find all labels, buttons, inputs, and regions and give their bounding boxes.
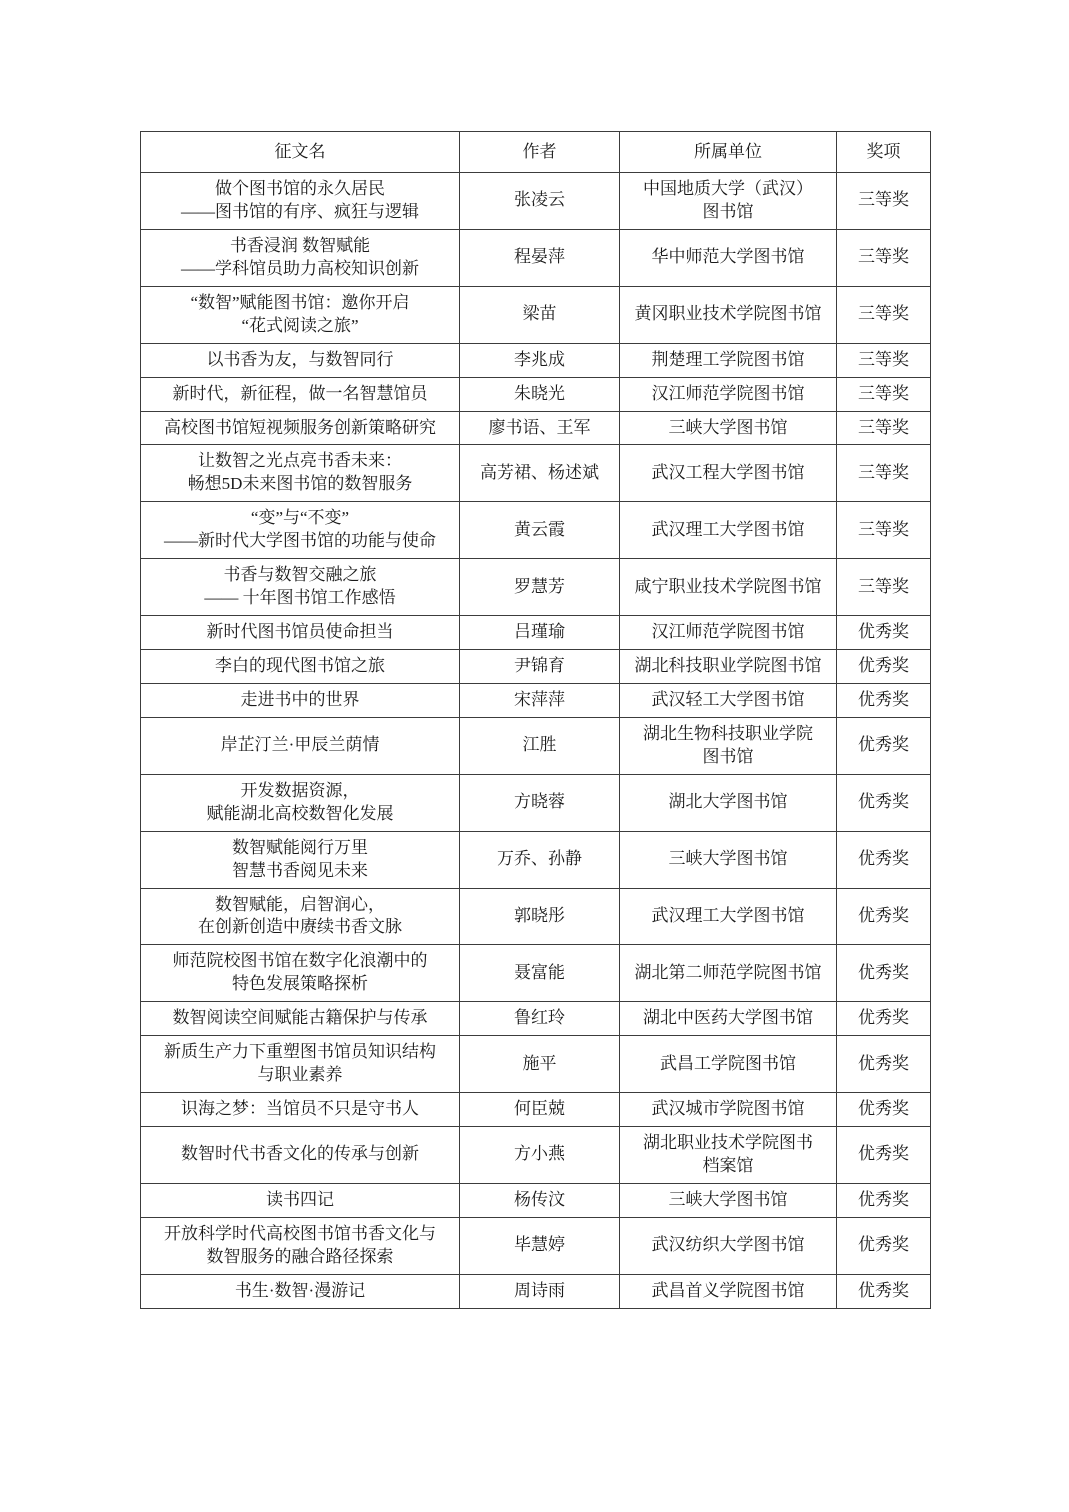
author-cell: 宋萍萍 [460,683,620,717]
award-cell: 优秀奖 [837,1183,931,1217]
essay-title-cell: “变”与“不变” ——新时代大学图书馆的功能与使命 [141,502,460,559]
award-cell: 三等奖 [837,286,931,343]
author-cell: 程晏萍 [460,229,620,286]
table-row: 新质生产力下重塑图书馆员知识结构 与职业素养 施平 武昌工学院图书馆 优秀奖 [141,1036,931,1093]
author-cell: 江胜 [460,717,620,774]
org-cell: 三峡大学图书馆 [620,411,837,445]
award-cell: 优秀奖 [837,650,931,684]
author-cell: 梁苗 [460,286,620,343]
column-header-author: 作者 [460,132,620,173]
org-cell: 汉江师范学院图书馆 [620,377,837,411]
author-cell: 杨传汶 [460,1183,620,1217]
essay-title-cell: 师范院校图书馆在数字化浪潮中的 特色发展策略探析 [141,945,460,1002]
award-cell: 优秀奖 [837,1274,931,1308]
org-cell: 武汉城市学院图书馆 [620,1093,837,1127]
essay-title-cell: 开发数据资源， 赋能湖北高校数智化发展 [141,774,460,831]
author-cell: 毕慧婷 [460,1217,620,1274]
table-row: 以书香为友，与数智同行 李兆成 荆楚理工学院图书馆 三等奖 [141,343,931,377]
author-cell: 黄云霞 [460,502,620,559]
table-row: 数智赋能，启智润心， 在创新创造中赓续书香文脉 郭晓彤 武汉理工大学图书馆 优秀… [141,888,931,945]
award-cell: 优秀奖 [837,1093,931,1127]
org-cell: 湖北科技职业学院图书馆 [620,650,837,684]
author-cell: 郭晓彤 [460,888,620,945]
essay-title-cell: 走进书中的世界 [141,683,460,717]
org-cell: 咸宁职业技术学院图书馆 [620,559,837,616]
author-cell: 施平 [460,1036,620,1093]
org-cell: 武昌工学院图书馆 [620,1036,837,1093]
author-cell: 周诗雨 [460,1274,620,1308]
award-cell: 三等奖 [837,343,931,377]
table-row: 新时代图书馆员使命担当 吕瑾瑜 汉江师范学院图书馆 优秀奖 [141,616,931,650]
award-cell: 优秀奖 [837,831,931,888]
award-cell: 优秀奖 [837,683,931,717]
author-cell: 吕瑾瑜 [460,616,620,650]
award-cell: 优秀奖 [837,1036,931,1093]
org-cell: 荆楚理工学院图书馆 [620,343,837,377]
essay-title-cell: 书香浸润 数智赋能 ——学科馆员助力高校知识创新 [141,229,460,286]
essay-title-cell: 做个图书馆的永久居民 ——图书馆的有序、疯狂与逻辑 [141,173,460,230]
org-cell: 武汉工程大学图书馆 [620,445,837,502]
essay-title-cell: 读书四记 [141,1183,460,1217]
org-cell: 武汉轻工大学图书馆 [620,683,837,717]
table-row: 开放科学时代高校图书馆书香文化与 数智服务的融合路径探索 毕慧婷 武汉纺织大学图… [141,1217,931,1274]
column-header-org: 所属单位 [620,132,837,173]
table-row: 书香浸润 数智赋能 ——学科馆员助力高校知识创新 程晏萍 华中师范大学图书馆 三… [141,229,931,286]
org-cell: 华中师范大学图书馆 [620,229,837,286]
org-cell: 湖北第二师范学院图书馆 [620,945,837,1002]
essay-title-cell: 开放科学时代高校图书馆书香文化与 数智服务的融合路径探索 [141,1217,460,1274]
org-cell: 武汉理工大学图书馆 [620,502,837,559]
essay-title-cell: 高校图书馆短视频服务创新策略研究 [141,411,460,445]
column-header-title: 征文名 [141,132,460,173]
essay-award-table: 征文名 作者 所属单位 奖项 做个图书馆的永久居民 ——图书馆的有序、疯狂与逻辑… [140,131,931,1309]
award-cell: 优秀奖 [837,1002,931,1036]
table-row: 师范院校图书馆在数字化浪潮中的 特色发展策略探析 聂富能 湖北第二师范学院图书馆… [141,945,931,1002]
author-cell: 朱晓光 [460,377,620,411]
org-cell: 三峡大学图书馆 [620,831,837,888]
table-row: 数智赋能阅行万里 智慧书香阅见未来 万乔、孙静 三峡大学图书馆 优秀奖 [141,831,931,888]
org-cell: 武汉理工大学图书馆 [620,888,837,945]
table-row: 走进书中的世界 宋萍萍 武汉轻工大学图书馆 优秀奖 [141,683,931,717]
essay-title-cell: “数智”赋能图书馆：邀你开启 “花式阅读之旅” [141,286,460,343]
author-cell: 廖书语、王军 [460,411,620,445]
essay-title-cell: 以书香为友，与数智同行 [141,343,460,377]
author-cell: 聂富能 [460,945,620,1002]
award-cell: 三等奖 [837,377,931,411]
org-cell: 湖北中医药大学图书馆 [620,1002,837,1036]
table-row: 高校图书馆短视频服务创新策略研究 廖书语、王军 三峡大学图书馆 三等奖 [141,411,931,445]
org-cell: 黄冈职业技术学院图书馆 [620,286,837,343]
essay-title-cell: 数智阅读空间赋能古籍保护与传承 [141,1002,460,1036]
author-cell: 李兆成 [460,343,620,377]
table-row: 新时代，新征程，做一名智慧馆员 朱晓光 汉江师范学院图书馆 三等奖 [141,377,931,411]
author-cell: 方晓蓉 [460,774,620,831]
table-row: 数智时代书香文化的传承与创新 方小燕 湖北职业技术学院图书 档案馆 优秀奖 [141,1127,931,1184]
award-cell: 三等奖 [837,502,931,559]
essay-title-cell: 数智赋能阅行万里 智慧书香阅见未来 [141,831,460,888]
org-cell: 汉江师范学院图书馆 [620,616,837,650]
org-cell: 湖北大学图书馆 [620,774,837,831]
author-cell: 罗慧芳 [460,559,620,616]
org-cell: 湖北职业技术学院图书 档案馆 [620,1127,837,1184]
essay-title-cell: 数智赋能，启智润心， 在创新创造中赓续书香文脉 [141,888,460,945]
org-cell: 武汉纺织大学图书馆 [620,1217,837,1274]
author-cell: 方小燕 [460,1127,620,1184]
essay-title-cell: 书香与数智交融之旅 —— 十年图书馆工作感悟 [141,559,460,616]
author-cell: 尹锦育 [460,650,620,684]
award-cell: 优秀奖 [837,945,931,1002]
org-cell: 湖北生物科技职业学院 图书馆 [620,717,837,774]
author-cell: 何臣兢 [460,1093,620,1127]
org-cell: 三峡大学图书馆 [620,1183,837,1217]
essay-title-cell: 识海之梦：当馆员不只是守书人 [141,1093,460,1127]
award-cell: 三等奖 [837,445,931,502]
essay-title-cell: 数智时代书香文化的传承与创新 [141,1127,460,1184]
essay-title-cell: 新时代图书馆员使命担当 [141,616,460,650]
table-row: 书香与数智交融之旅 —— 十年图书馆工作感悟 罗慧芳 咸宁职业技术学院图书馆 三… [141,559,931,616]
table-row: 读书四记 杨传汶 三峡大学图书馆 优秀奖 [141,1183,931,1217]
table-row: 数智阅读空间赋能古籍保护与传承 鲁红玲 湖北中医药大学图书馆 优秀奖 [141,1002,931,1036]
award-cell: 三等奖 [837,411,931,445]
author-cell: 鲁红玲 [460,1002,620,1036]
essay-title-cell: 岸芷汀兰·甲辰兰荫情 [141,717,460,774]
award-cell: 优秀奖 [837,616,931,650]
award-cell: 三等奖 [837,173,931,230]
essay-title-cell: 书生·数智·漫游记 [141,1274,460,1308]
award-cell: 三等奖 [837,559,931,616]
table-row: 李白的现代图书馆之旅 尹锦育 湖北科技职业学院图书馆 优秀奖 [141,650,931,684]
essay-title-cell: 新时代，新征程，做一名智慧馆员 [141,377,460,411]
table-row: “数智”赋能图书馆：邀你开启 “花式阅读之旅” 梁苗 黄冈职业技术学院图书馆 三… [141,286,931,343]
table-header-row: 征文名 作者 所属单位 奖项 [141,132,931,173]
award-cell: 优秀奖 [837,774,931,831]
award-cell: 优秀奖 [837,1217,931,1274]
table-row: 岸芷汀兰·甲辰兰荫情 江胜 湖北生物科技职业学院 图书馆 优秀奖 [141,717,931,774]
table-row: “变”与“不变” ——新时代大学图书馆的功能与使命 黄云霞 武汉理工大学图书馆 … [141,502,931,559]
author-cell: 张凌云 [460,173,620,230]
award-cell: 优秀奖 [837,1127,931,1184]
table-row: 让数智之光点亮书香未来： 畅想5D未来图书馆的数智服务 高芳裙、杨述斌 武汉工程… [141,445,931,502]
document-page: 征文名 作者 所属单位 奖项 做个图书馆的永久居民 ——图书馆的有序、疯狂与逻辑… [0,0,1069,1512]
column-header-award: 奖项 [837,132,931,173]
essay-title-cell: 李白的现代图书馆之旅 [141,650,460,684]
org-cell: 武昌首义学院图书馆 [620,1274,837,1308]
award-cell: 三等奖 [837,229,931,286]
author-cell: 高芳裙、杨述斌 [460,445,620,502]
award-cell: 优秀奖 [837,717,931,774]
org-cell: 中国地质大学（武汉） 图书馆 [620,173,837,230]
table-row: 书生·数智·漫游记 周诗雨 武昌首义学院图书馆 优秀奖 [141,1274,931,1308]
table-row: 识海之梦：当馆员不只是守书人 何臣兢 武汉城市学院图书馆 优秀奖 [141,1093,931,1127]
table-row: 做个图书馆的永久居民 ——图书馆的有序、疯狂与逻辑 张凌云 中国地质大学（武汉）… [141,173,931,230]
essay-title-cell: 让数智之光点亮书香未来： 畅想5D未来图书馆的数智服务 [141,445,460,502]
author-cell: 万乔、孙静 [460,831,620,888]
essay-title-cell: 新质生产力下重塑图书馆员知识结构 与职业素养 [141,1036,460,1093]
award-cell: 优秀奖 [837,888,931,945]
table-row: 开发数据资源， 赋能湖北高校数智化发展 方晓蓉 湖北大学图书馆 优秀奖 [141,774,931,831]
